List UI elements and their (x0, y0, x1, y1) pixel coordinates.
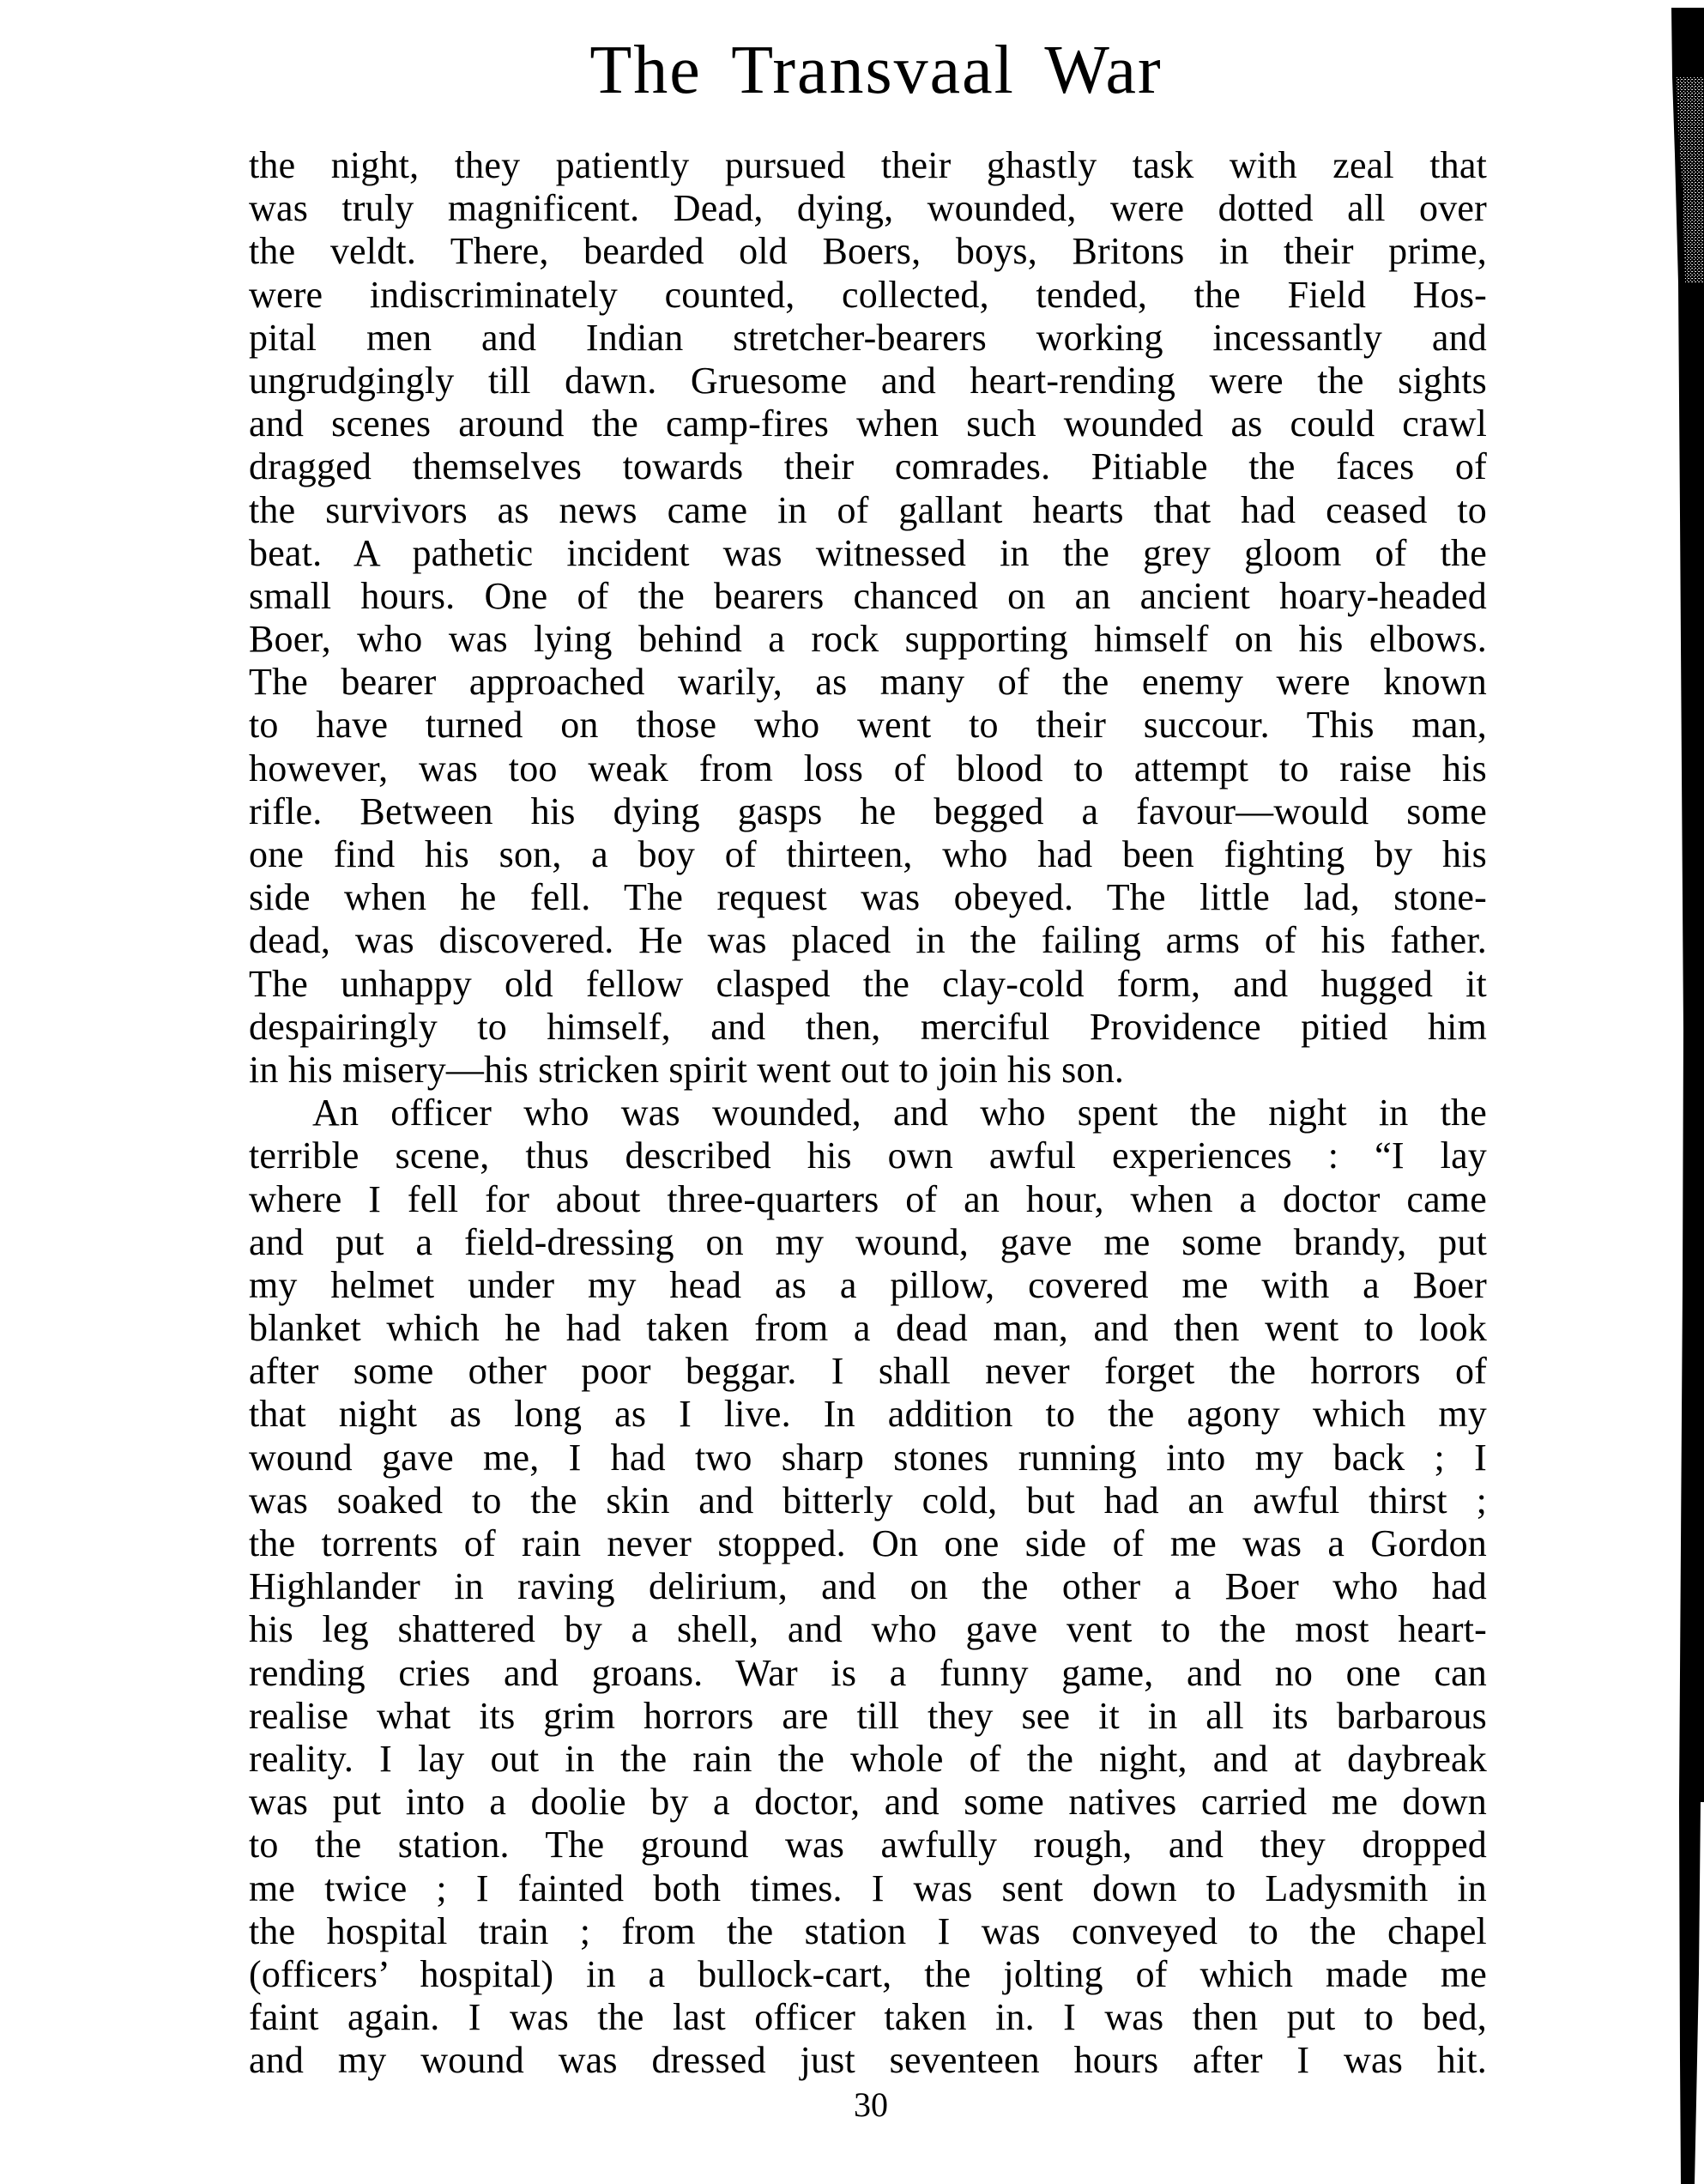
text-line: my helmet under my head as a pillow, cov… (249, 1264, 1487, 1307)
text-line: faint again. I was the last officer take… (249, 1996, 1487, 2039)
text-line: realise what its grim horrors are till t… (249, 1695, 1487, 1738)
text-line: reality. I lay out in the rain the whole… (249, 1738, 1487, 1781)
text-line: side when he fell. The request was obeye… (249, 876, 1487, 919)
text-line: to have turned on those who went to thei… (249, 704, 1487, 747)
text-line: to the station. The ground was awfully r… (249, 1824, 1487, 1866)
text-line: the hospital train ; from the station I … (249, 1910, 1487, 1953)
text-line: blanket which he had taken from a dead m… (249, 1307, 1487, 1350)
text-line: and scenes around the camp-fires when su… (249, 402, 1487, 445)
text-line: the veldt. There, bearded old Boers, boy… (249, 230, 1487, 273)
text-line: terrible scene, thus described his own a… (249, 1134, 1487, 1177)
text-line: The unhappy old fellow clasped the clay-… (249, 963, 1487, 1006)
text-line: the survivors as news came in of gallant… (249, 489, 1487, 532)
text-line: rending cries and groans. War is a funny… (249, 1652, 1487, 1695)
text-line: dragged themselves towards their comrade… (249, 445, 1487, 488)
text-line: the torrents of rain never stopped. On o… (249, 1522, 1487, 1565)
text-line: where I fell for about three-quarters of… (249, 1178, 1487, 1221)
scan-edge-shadow (1644, 0, 1704, 2184)
text-line: me twice ; I fainted both times. I was s… (249, 1867, 1487, 1910)
text-line: after some other poor beggar. I shall ne… (249, 1350, 1487, 1393)
text-line: was soaked to the skin and bitterly cold… (249, 1479, 1487, 1522)
text-line: The bearer approached warily, as many of… (249, 661, 1487, 704)
text-line: rifle. Between his dying gasps he begged… (249, 790, 1487, 833)
text-line: Highlander in raving delirium, and on th… (249, 1565, 1487, 1608)
text-line: were indiscriminately counted, collected… (249, 274, 1487, 317)
text-line: dead, was discovered. He was placed in t… (249, 919, 1487, 962)
body-text: the night, they patiently pursued their … (249, 144, 1487, 2082)
text-line: however, was too weak from loss of blood… (249, 747, 1487, 790)
text-line: in his misery—his stricken spirit went o… (249, 1049, 1487, 1092)
text-line: ungrudgingly till dawn. Gruesome and hea… (249, 360, 1487, 402)
running-head-title: The Transvaal War (0, 27, 1704, 113)
paragraph-2: An officer who was wounded, and who spen… (249, 1092, 1487, 2082)
text-line: and put a field-dressing on my wound, ga… (249, 1221, 1487, 1264)
text-line: pital men and Indian stretcher-bearers w… (249, 317, 1487, 360)
text-line: was put into a doolie by a doctor, and s… (249, 1781, 1487, 1824)
text-line: small hours. One of the bearers chanced … (249, 575, 1487, 618)
text-line: his leg shattered by a shell, and who ga… (249, 1608, 1487, 1651)
text-line: wound gave me, I had two sharp stones ru… (249, 1437, 1487, 1479)
text-line: Boer, who was lying behind a rock suppor… (249, 618, 1487, 661)
paragraph-1: the night, they patiently pursued their … (249, 144, 1487, 1092)
text-line: the night, they patiently pursued their … (249, 144, 1487, 187)
text-line: An officer who was wounded, and who spen… (249, 1092, 1487, 1134)
book-page: The Transvaal War the night, they patien… (0, 0, 1704, 2184)
text-line: despairingly to himself, and then, merci… (249, 1006, 1487, 1049)
text-line: was truly magnificent. Dead, dying, woun… (249, 187, 1487, 230)
text-line: that night as long as I live. In additio… (249, 1393, 1487, 1436)
text-line: beat. A pathetic incident was witnessed … (249, 532, 1487, 575)
text-line: and my wound was dressed just seventeen … (249, 2039, 1487, 2082)
text-line: one find his son, a boy of thirteen, who… (249, 833, 1487, 876)
page-number: 30 (0, 2084, 1704, 2127)
text-line: (officers’ hospital) in a bullock-cart, … (249, 1953, 1487, 1996)
